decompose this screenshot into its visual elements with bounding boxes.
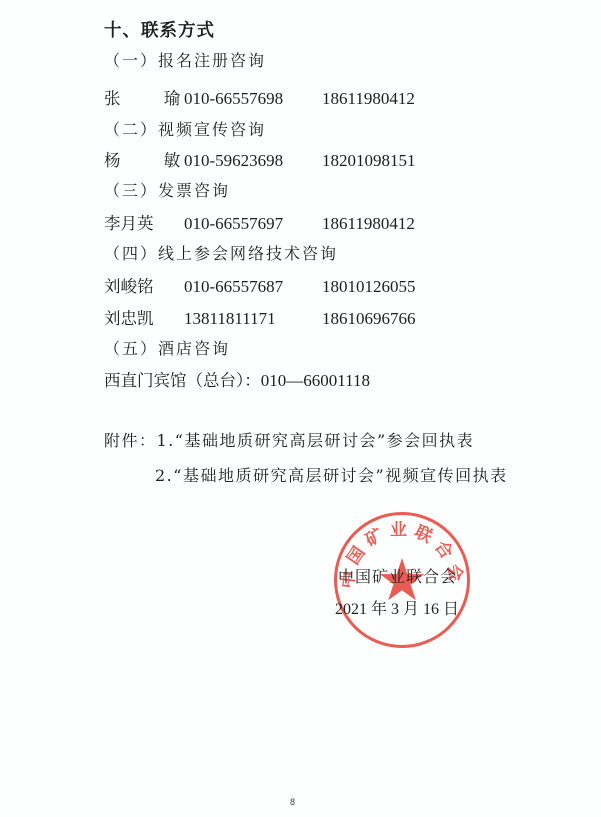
contact-row: 刘峻铭 010-66557687 18010126055 [104,276,416,298]
subsection-title-video: （二）视频宣传咨询 [104,119,266,141]
subsection-title-hotel: （五）酒店咨询 [104,338,230,360]
contact-name: 刘峻铭 [104,276,184,298]
contact-tel: 010-59623698 [184,150,322,172]
contact-name: 张 瑜 [104,88,184,110]
attachment-2: 2.“基础地质研究高层研讨会”视频宣传回执表 [155,465,508,487]
section-heading: 十、联系方式 [104,20,215,42]
contact-tel: 010-66557687 [184,276,322,298]
subsection-title-registration: （一）报名注册咨询 [104,50,266,72]
contact-name: 杨 敏 [104,150,184,172]
contact-mobile: 18201098151 [322,150,416,172]
document-page: 十、联系方式 （一）报名注册咨询 张 瑜 010-66557698 186119… [0,0,601,817]
contact-row: 张 瑜 010-66557698 18611980412 [104,88,415,110]
signing-date: 2021 年 3 月 16 日 [335,596,459,619]
hotel-label: 西直门宾馆（总台）： [104,371,261,390]
subsection-title-invoice: （三）发票咨询 [104,180,230,202]
attachment-1: 附件：1.“基础地质研究高层研讨会”参会回执表 [104,430,474,452]
attachment-item: 2.“基础地质研究高层研讨会”视频宣传回执表 [155,466,508,485]
contact-mobile: 18010126055 [322,276,416,298]
contact-mobile: 18610696766 [322,308,416,330]
contact-mobile: 18611980412 [322,213,415,235]
contact-tel: 010-66557697 [184,213,322,235]
contact-row: 杨 敏 010-59623698 18201098151 [104,150,416,172]
contact-name: 李月英 [104,213,184,235]
attachment-label: 附件： [104,431,157,450]
attachment-item: 1.“基础地质研究高层研讨会”参会回执表 [157,431,475,450]
contact-row: 李月英 010-66557697 18611980412 [104,213,415,235]
contact-name: 刘忠凯 [104,308,184,330]
signing-organization: 中国矿业联合会 [338,564,457,587]
contact-tel: 13811811171 [184,308,322,330]
contact-tel: 010-66557698 [184,88,322,110]
contact-row: 刘忠凯 13811811171 18610696766 [104,308,416,330]
subsection-title-network: （四）线上参会网络技术咨询 [104,243,338,265]
contact-mobile: 18611980412 [322,88,415,110]
page-number: 8 [290,797,295,807]
hotel-contact: 西直门宾馆（总台）：010—66001118 [104,370,370,392]
hotel-phone: 010—66001118 [261,371,370,390]
